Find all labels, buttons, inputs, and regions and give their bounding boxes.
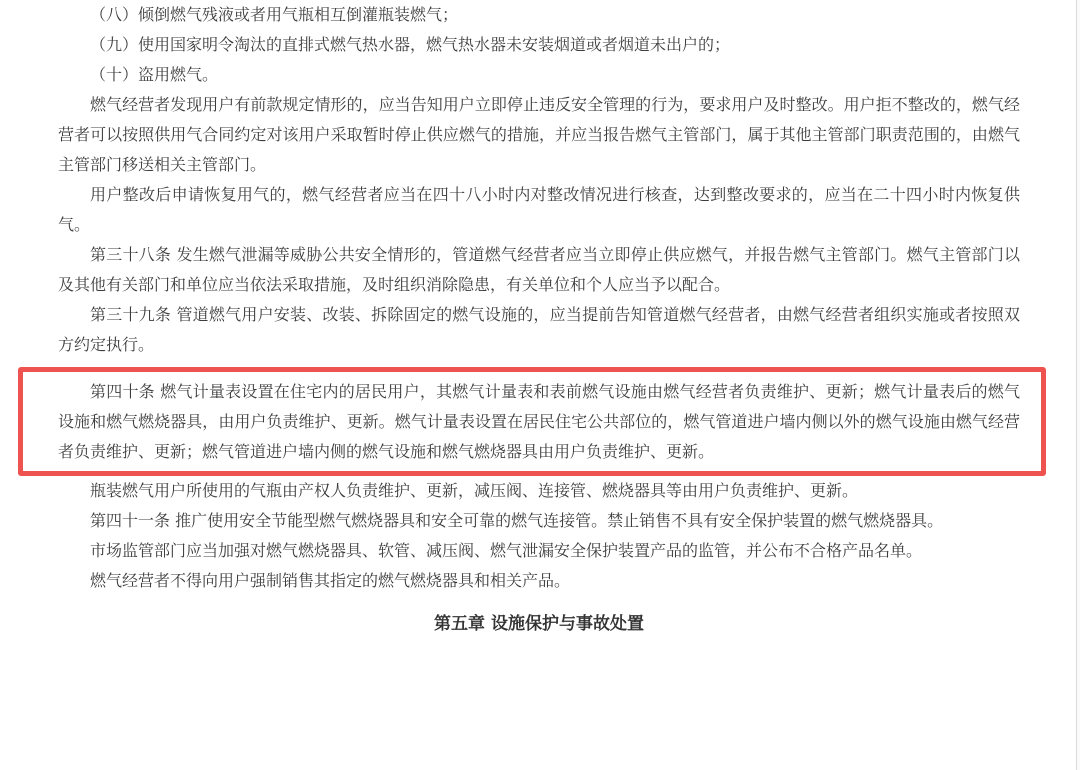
paragraph-market-supervision: 市场监管部门应当加强对燃气燃烧器具、软管、减压阀、燃气泄漏安全保护装置产品的监管… bbox=[58, 536, 1020, 566]
paragraph-bottled-gas: 瓶装燃气用户所使用的气瓶由产权人负责维护、更新，减压阀、连接管、燃烧器具等由用户… bbox=[58, 476, 1020, 506]
article-39-paragraph: 第三十九条 管道燃气用户安装、改装、拆除固定的燃气设施的，应当提前告知管道燃气经… bbox=[58, 300, 1020, 360]
article-38-paragraph: 第三十八条 发生燃气泄漏等威胁公共安全情形的，管道燃气经营者应当立即停止供应燃气… bbox=[58, 240, 1020, 300]
chapter-heading-clipped: 第五章 设施保护与事故处置 bbox=[58, 609, 1020, 639]
highlight-box-article-40: 第四十条 燃气计量表设置在住宅内的居民用户，其燃气计量表和表前燃气设施由燃气经营… bbox=[18, 367, 1046, 476]
paragraph-enforcement: 燃气经营者发现用户有前款规定情形的，应当告知用户立即停止违反安全管理的行为，要求… bbox=[58, 90, 1020, 180]
paragraph-restore-supply: 用户整改后申请恢复用气的，燃气经营者应当在四十八小时内对整改情况进行核查，达到整… bbox=[58, 180, 1020, 240]
page-right-edge-divider bbox=[1076, 0, 1080, 770]
document-content: （八）倾倒燃气残液或者用气瓶相互倒灌瓶装燃气； （九）使用国家明令淘汰的直排式燃… bbox=[0, 0, 1080, 770]
document-page: （八）倾倒燃气残液或者用气瓶相互倒灌瓶装燃气； （九）使用国家明令淘汰的直排式燃… bbox=[0, 0, 1080, 770]
paragraph-no-forced-sale: 燃气经营者不得向用户强制销售其指定的燃气燃烧器具和相关产品。 bbox=[58, 566, 1020, 596]
list-item-8-clipped: （八）倾倒燃气残液或者用气瓶相互倒灌瓶装燃气； bbox=[58, 0, 1020, 30]
article-41-paragraph: 第四十一条 推广使用安全节能型燃气燃烧器具和安全可靠的燃气连接管。禁止销售不具有… bbox=[58, 506, 1020, 536]
article-40-paragraph: 第四十条 燃气计量表设置在住宅内的居民用户，其燃气计量表和表前燃气设施由燃气经营… bbox=[58, 377, 1020, 467]
list-item-9: （九）使用国家明令淘汰的直排式燃气热水器，燃气热水器未安装烟道或者烟道未出户的； bbox=[58, 30, 1020, 60]
list-item-10: （十）盗用燃气。 bbox=[58, 60, 1020, 90]
